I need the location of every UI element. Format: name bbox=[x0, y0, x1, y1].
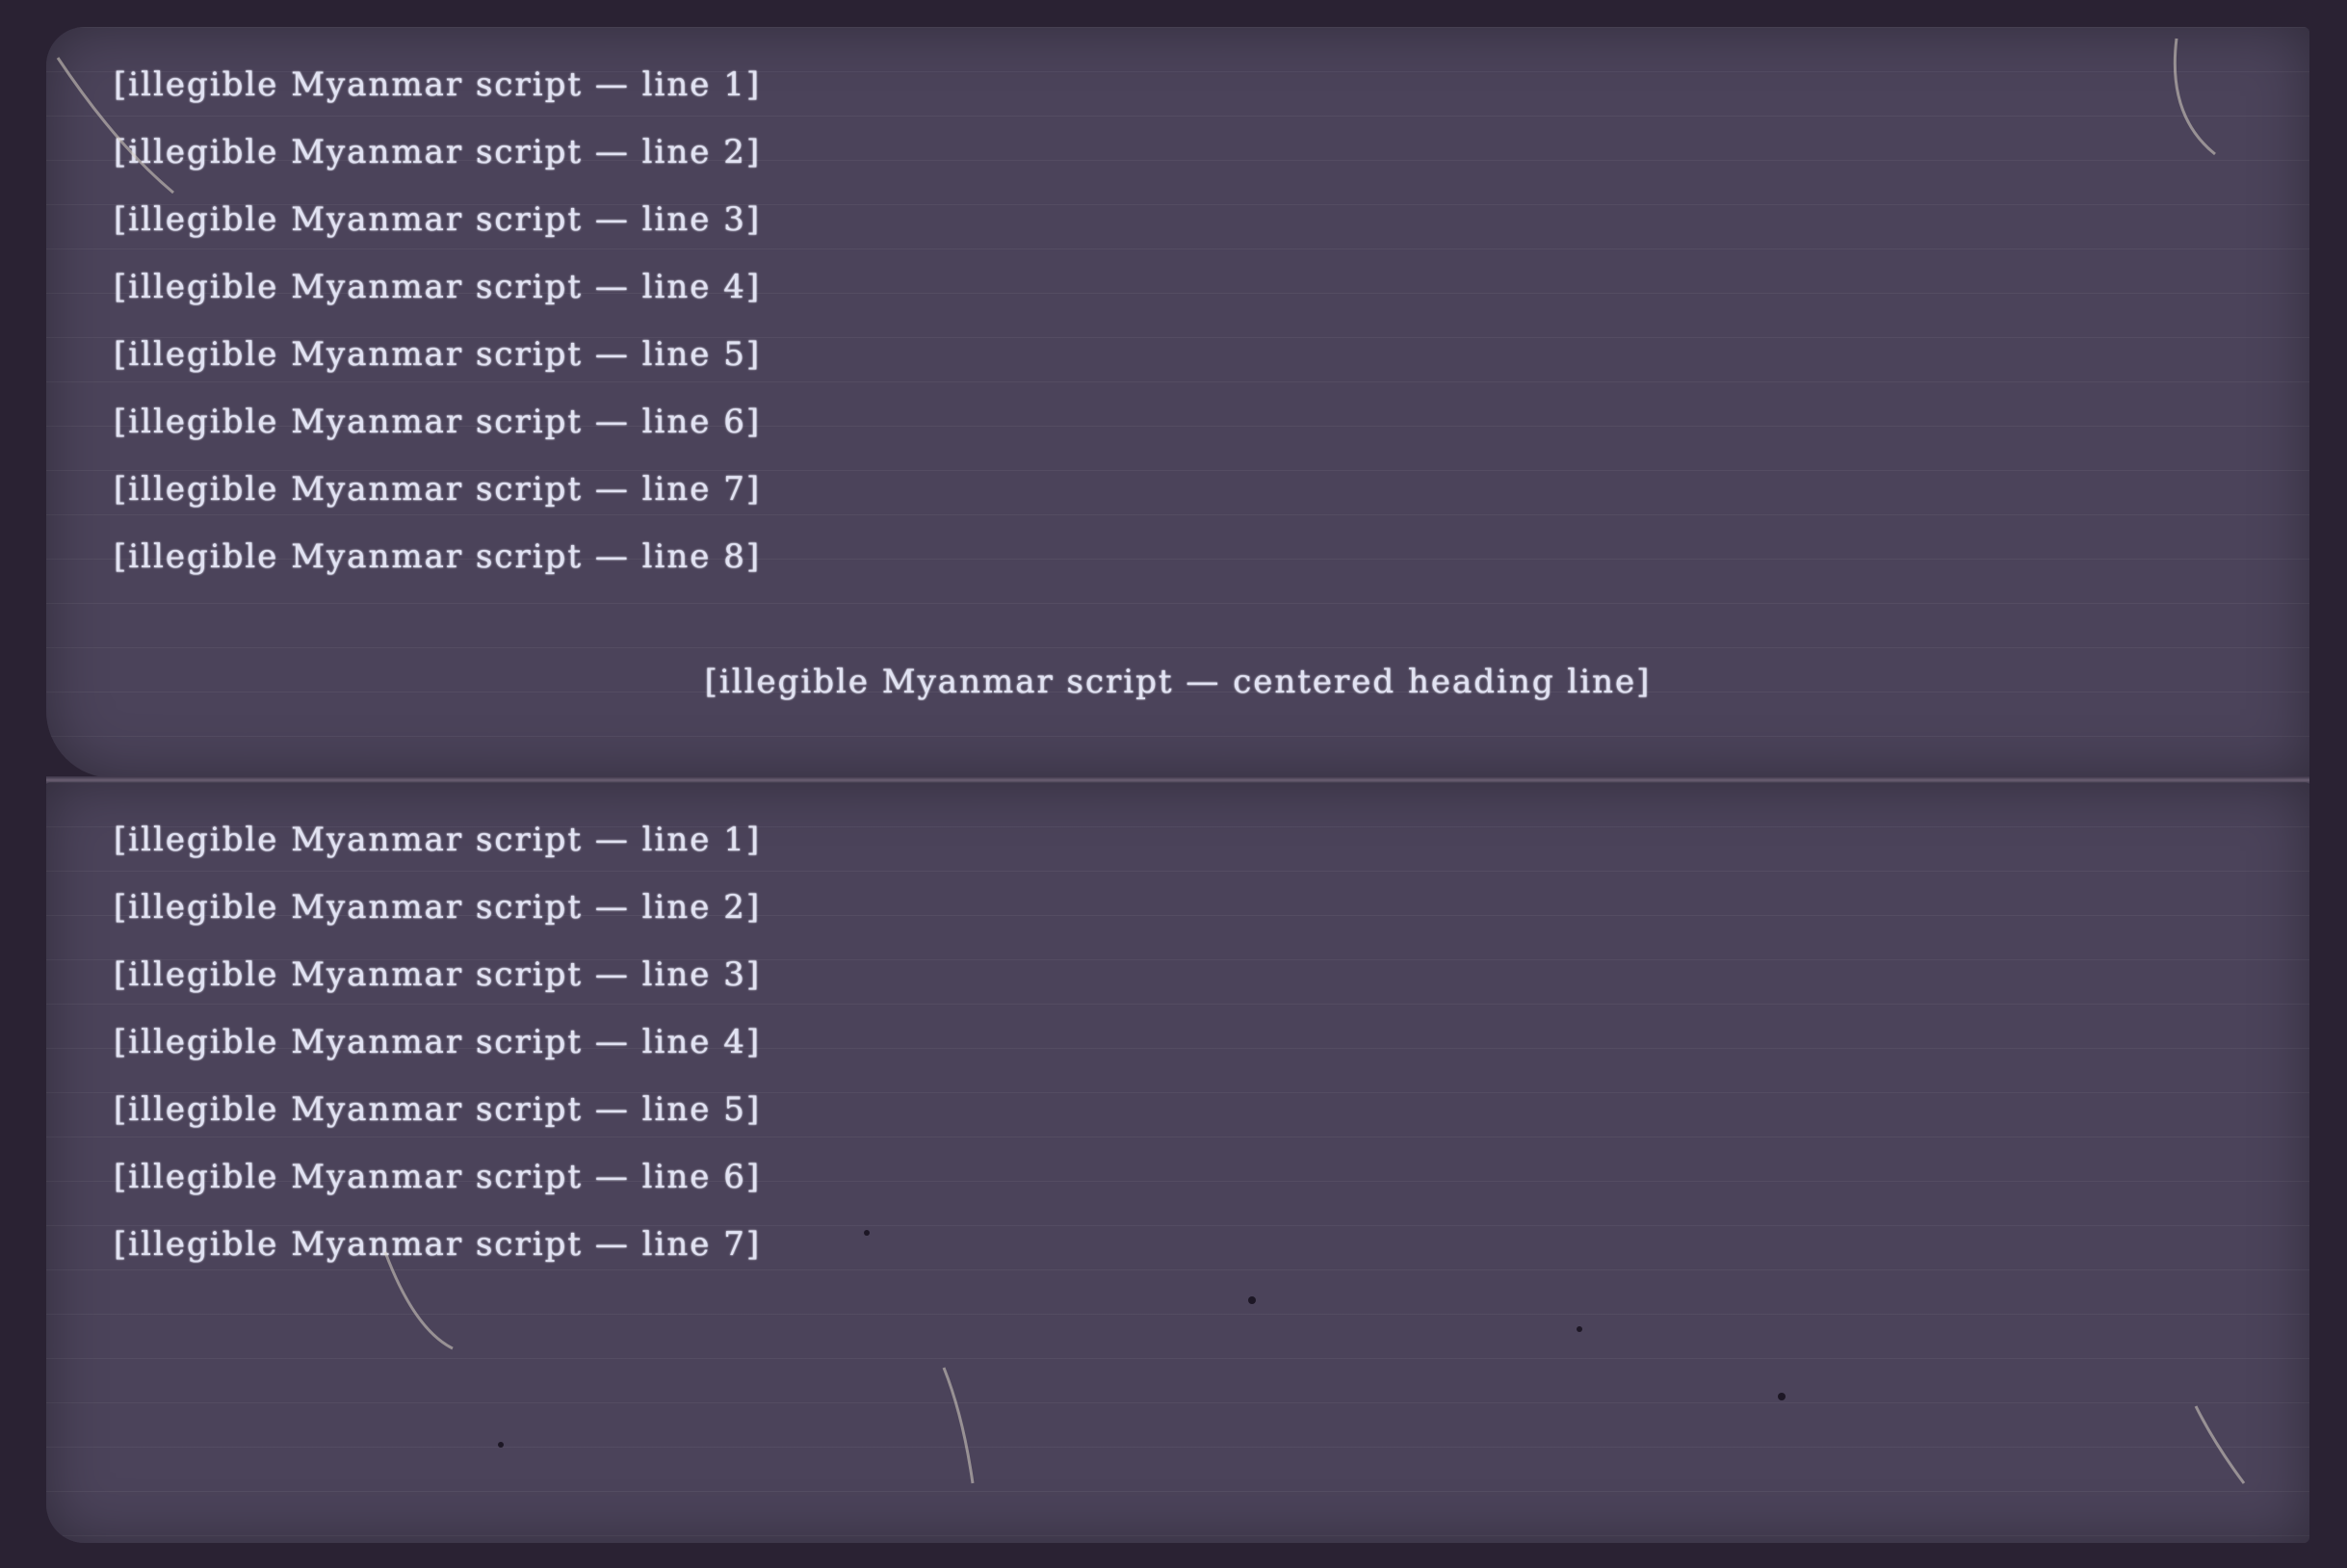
text-line: [illegible Myanmar script — line 1] bbox=[114, 65, 2252, 104]
text-line: [illegible Myanmar script — line 2] bbox=[114, 888, 2252, 927]
text-line: [illegible Myanmar script — line 7] bbox=[114, 1225, 2252, 1264]
text-line: [illegible Myanmar script — line 3] bbox=[114, 200, 2252, 239]
text-line: [illegible Myanmar script — line 6] bbox=[114, 1158, 2252, 1196]
text-line: [illegible Myanmar script — line 3] bbox=[114, 955, 2252, 994]
text-line: [illegible Myanmar script — line 5] bbox=[114, 1090, 2252, 1129]
text-line: [illegible Myanmar script — line 6] bbox=[114, 403, 2252, 441]
text-line: [illegible Myanmar script — line 4] bbox=[114, 1023, 2252, 1061]
text-line: [illegible Myanmar script — line 2] bbox=[114, 133, 2252, 171]
text-line: [illegible Myanmar script — line 7] bbox=[114, 470, 2252, 509]
text-line: [illegible Myanmar script — line 1] bbox=[114, 821, 2252, 859]
text-line: [illegible Myanmar script — line 5] bbox=[114, 335, 2252, 374]
folio-top: [illegible Myanmar script — line 1] [ill… bbox=[46, 27, 2309, 778]
text-line: [illegible Myanmar script — line 4] bbox=[114, 268, 2252, 306]
text-line: [illegible Myanmar script — line 8] bbox=[114, 537, 2252, 576]
folio-bottom: [illegible Myanmar script — line 1] [ill… bbox=[46, 782, 2309, 1543]
centered-heading-line: [illegible Myanmar script — centered hea… bbox=[46, 663, 2309, 701]
